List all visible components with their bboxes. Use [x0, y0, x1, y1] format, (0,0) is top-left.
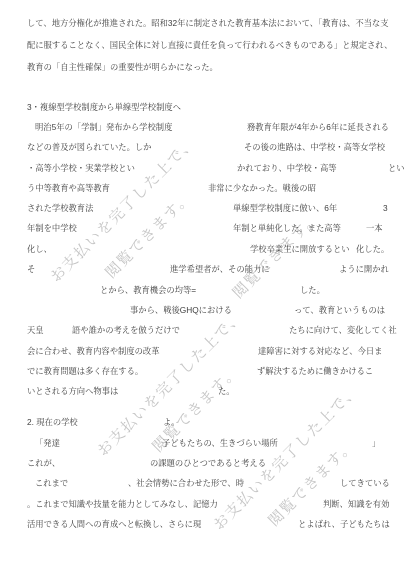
text-fragment: 配に服することなく、国民全体に対し直接に責任を負って行われるべきものである」と規…	[27, 40, 392, 50]
text-fragment: 会に合わせ、教育内容や制度の改革	[27, 346, 160, 356]
text-fragment: その後の進路は、中学校・高等女学校	[244, 142, 385, 152]
text-fragment: 年制を中学校	[27, 223, 77, 233]
text-fragment: 明治5年の「学制」発布から学校制度	[35, 122, 172, 132]
text-fragment: 教育の「自主性確保」の重要性が明らかになった。	[27, 62, 218, 72]
text-fragment: した。	[300, 285, 325, 295]
text-fragment: 非常に少なかった。戦後の昭	[208, 183, 316, 193]
text-fragment: いとされる方向へ物事は	[27, 386, 118, 396]
text-fragment: 達障害に対する対応など、今日ま	[258, 346, 382, 356]
text-fragment: 務教育年限が4年から6年に延長される	[247, 122, 389, 132]
text-fragment: かれており、中学校・高等	[237, 163, 337, 173]
document-text: して、地方分権化が推進された。昭和32年に制定された教育基本法において、「教育は…	[0, 0, 410, 580]
text-fragment: の課題のひとつであると考える	[150, 458, 266, 468]
text-fragment: 進学希望者が、その能力に	[170, 264, 270, 274]
text-fragment: う中等教育や高等教育	[27, 183, 110, 193]
text-fragment: 判断、知識を有効	[323, 499, 389, 509]
text-fragment: 3	[383, 203, 388, 213]
text-fragment: 天皇	[27, 325, 44, 335]
text-fragment: これまで	[35, 478, 68, 488]
text-fragment: してきている	[340, 478, 390, 488]
document-page: お支払いを完了した上で、閲覧できます。閲覧できます。お支払いを完了した上で、閲覧…	[0, 0, 410, 580]
text-fragment: とよばれ、子どもたちは	[298, 519, 390, 529]
text-fragment: ように開かれ	[339, 264, 389, 274]
text-fragment: た。	[218, 386, 235, 396]
text-fragment: 「発達	[35, 438, 60, 448]
text-fragment: ず解決するために働きかけるこ	[257, 366, 373, 376]
text-fragment: 学校卒業生に開放するとい	[250, 244, 350, 254]
text-fragment: って、教育というものは	[294, 305, 385, 315]
text-fragment: 2. 現在の学校	[27, 417, 78, 427]
text-fragment: 3・複線型学校制度から単線型学校制度へ	[27, 102, 181, 112]
text-fragment: 単線型学校制度に倣い、6年	[233, 203, 337, 213]
text-fragment: 、社会情勢に合わせた形で、時	[128, 478, 244, 488]
text-fragment: 活用できる人間への育成へと転換し、さらに現	[27, 519, 201, 529]
text-fragment: でに教育問題は多く存在する。	[27, 366, 143, 376]
text-fragment: 語や誰かの考えを倣うだけで	[72, 325, 180, 335]
text-fragment: そ	[27, 264, 35, 274]
text-fragment: ・高等小学校・実業学校とい	[27, 163, 135, 173]
text-fragment: とから、教育機会の均等=	[100, 285, 196, 295]
text-fragment: して、地方分権化が推進された。昭和32年に制定された教育基本法において、「教育は…	[27, 18, 389, 28]
text-fragment: たちに向けて、変化してく社	[289, 325, 397, 335]
text-fragment: された学校教育法	[27, 203, 93, 213]
text-fragment: 年制と単純化した。また高等	[233, 223, 341, 233]
text-fragment: 一本	[366, 223, 383, 233]
text-fragment: 事から、戦後GHQにおける	[130, 305, 232, 315]
text-fragment: 子どもたちの、生きづらい場所	[162, 438, 278, 448]
text-fragment: 化し、	[27, 244, 52, 254]
text-fragment: よ。	[163, 417, 180, 427]
text-fragment: 。これまで知識や技量を能力としてみなし、記憶力	[27, 499, 218, 509]
text-fragment: とい	[388, 163, 405, 173]
text-fragment: 」	[372, 438, 380, 448]
text-fragment: 化した。	[356, 244, 389, 254]
text-fragment: これが、	[27, 458, 60, 468]
text-fragment: などの普及が図られていた。しか	[27, 142, 151, 152]
